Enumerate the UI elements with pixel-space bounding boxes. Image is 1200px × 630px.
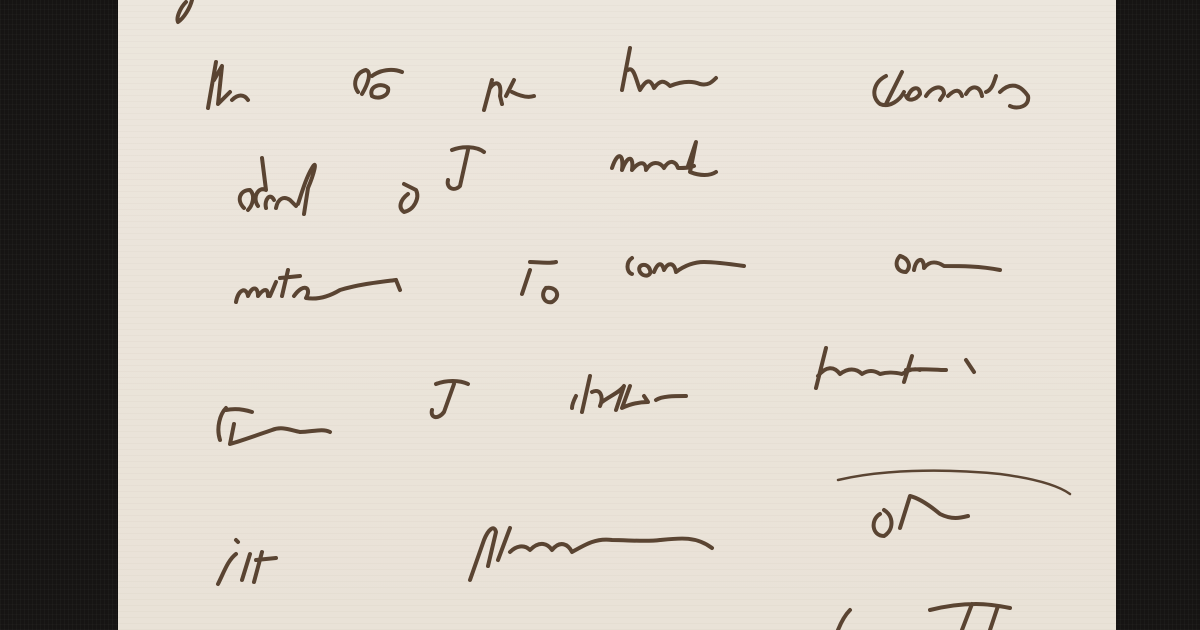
letter-page: We do not know Leonard's address & I mus… — [118, 0, 1116, 630]
handwriting-strokes — [118, 0, 1116, 630]
handwriting-ink — [118, 0, 1116, 630]
